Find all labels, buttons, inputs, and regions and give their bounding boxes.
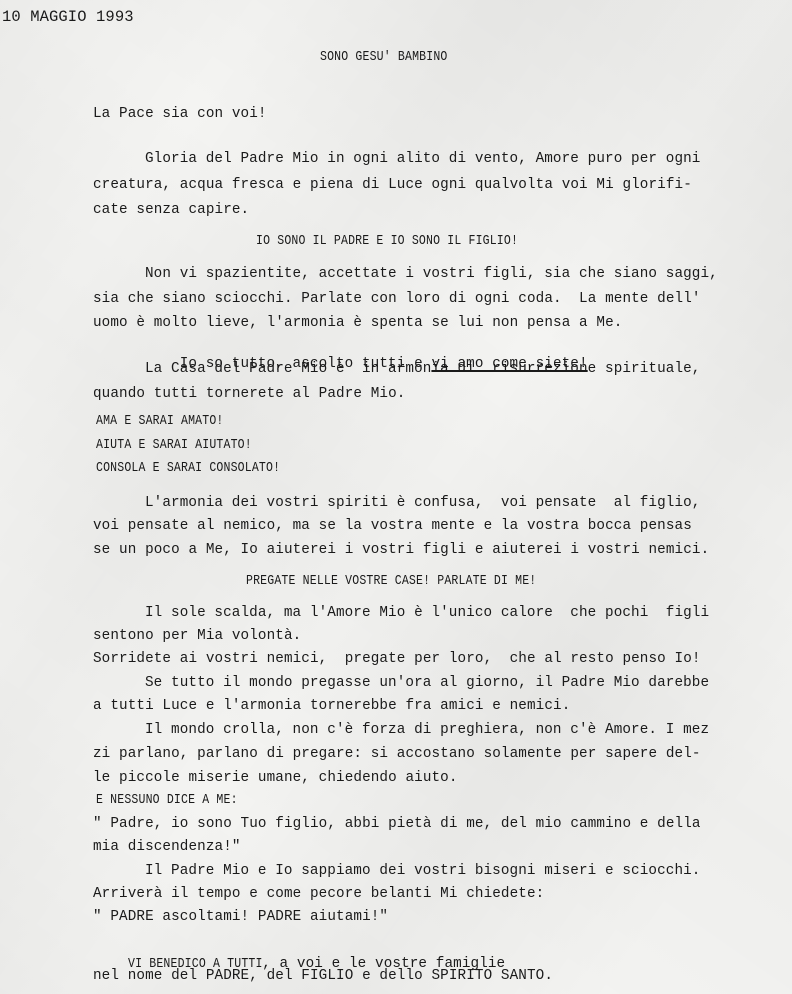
maxim: AIUTA E SARAI AIUTATO!: [96, 437, 252, 455]
text-line: a tutti Luce e l'armonia tornerebbe fra …: [93, 697, 570, 715]
text-line: Gloria del Padre Mio in ogni alito di ve…: [145, 150, 701, 168]
text-line: Il sole scalda, ma l'Amore Mio è l'unico…: [145, 604, 709, 622]
text-line: Il mondo crolla, non c'è forza di preghi…: [145, 721, 709, 739]
maxim: AMA E SARAI AMATO!: [96, 413, 223, 431]
text-line: le piccole miserie umane, chiedendo aiut…: [93, 769, 458, 787]
page-title: SONO GESU' BAMBINO: [320, 49, 447, 67]
text-line: sia che siano sciocchi. Parlate con loro…: [93, 290, 701, 308]
date: 10 MAGGIO 1993: [2, 8, 134, 26]
heading: E NESSUNO DICE A ME:: [96, 792, 238, 810]
text-line: sentono per Mia volontà.: [93, 627, 301, 645]
quote-line: " PADRE ascoltami! PADRE aiutami!": [93, 908, 388, 926]
text-line: Sorridete ai vostri nemici, pregate per …: [93, 650, 701, 668]
text-line: voi pensate al nemico, ma se la vostra m…: [93, 517, 692, 535]
quote-line: mia discendenza!": [93, 838, 241, 856]
maxim: CONSOLA E SARAI CONSOLATO!: [96, 460, 280, 478]
text-line: La Casa del Padre Mio è in armonia di ri…: [145, 360, 701, 378]
text-line: uomo è molto lieve, l'armonia è spenta s…: [93, 314, 622, 332]
text-line: Non vi spazientite, accettate i vostri f…: [145, 265, 718, 283]
text-line: Se tutto il mondo pregasse un'ora al gio…: [145, 674, 709, 692]
quote-line: " Padre, io sono Tuo figlio, abbi pietà …: [93, 815, 701, 833]
greeting: La Pace sia con voi!: [93, 105, 267, 123]
text-line: cate senza capire.: [93, 201, 249, 219]
heading: PREGATE NELLE VOSTRE CASE! PARLATE DI ME…: [246, 573, 536, 591]
text-line: Il Padre Mio e Io sappiamo dei vostri bi…: [145, 862, 701, 880]
text-line: L'armonia dei vostri spiriti è confusa, …: [145, 494, 701, 512]
text-line: se un poco a Me, Io aiuterei i vostri fi…: [93, 541, 709, 559]
heading: IO SONO IL PADRE E IO SONO IL FIGLIO!: [256, 233, 518, 251]
text-line: zi parlano, parlano di pregare: si accos…: [93, 745, 701, 763]
text-line: Arriverà il tempo e come pecore belanti …: [93, 885, 544, 903]
closing-line: nel nome del PADRE, del FIGLIO e dello S…: [93, 967, 553, 985]
text-line: creatura, acqua fresca e piena di Luce o…: [93, 176, 692, 194]
text-line: quando tutti tornerete al Padre Mio.: [93, 385, 405, 403]
